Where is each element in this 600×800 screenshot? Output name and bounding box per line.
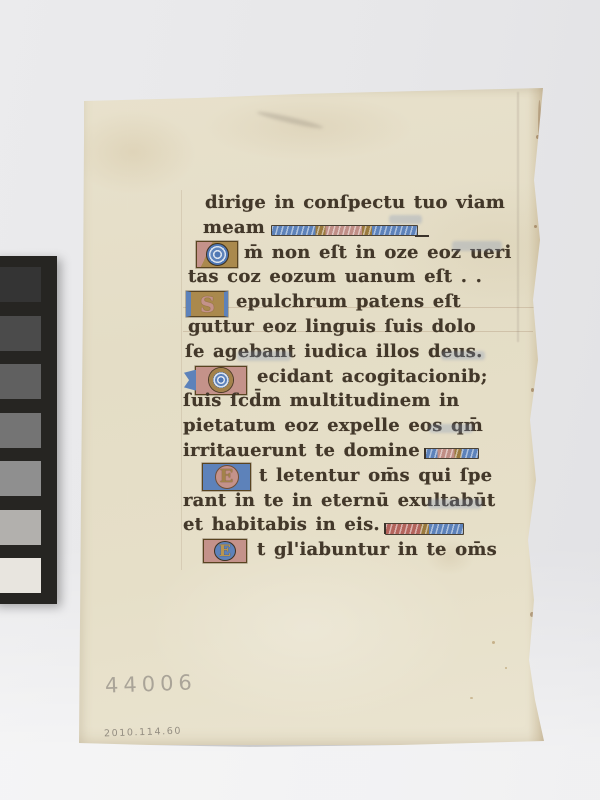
pigment-offset-smudge (428, 499, 482, 509)
crease-line (517, 92, 519, 342)
manuscript-text-line: pietatum eoz expelle eos qm̄ (183, 415, 528, 440)
gray-patch (0, 364, 41, 399)
edge-stain (540, 170, 543, 175)
edge-stain (537, 292, 541, 298)
edge-stain (530, 612, 534, 617)
gray-patch (0, 461, 41, 496)
manuscript-text-line: ſuis ſcd̄m multitudinem in (183, 390, 528, 415)
accession-number-pencil: 44006 (105, 670, 198, 697)
edge-stain (531, 388, 534, 392)
initial-letter: S (200, 294, 215, 315)
manuscript-text-line: meam (183, 217, 528, 242)
manuscript-text-line: et habitabis in eis. (183, 514, 528, 539)
line-text: et habitabis in eis. (183, 514, 380, 535)
edge-stain (534, 225, 537, 228)
manuscript-text-line: irritauerunt te domine (183, 440, 528, 465)
line-text: t gl'iabuntur in te om̄s (257, 539, 497, 560)
pigment-offset-smudge (452, 241, 502, 251)
line-text: epulchrum patens eſt (236, 291, 461, 312)
line-text: ſuis ſcd̄m multitudinem in (183, 390, 459, 411)
initial-letter: E (220, 468, 234, 486)
foxing-spot (505, 667, 507, 669)
gray-patch (0, 558, 41, 593)
initial-counter-disc (209, 368, 233, 392)
gray-patch (0, 316, 41, 351)
initial-counter-disc: E (214, 541, 236, 561)
initial-letter: E (219, 543, 231, 559)
foxing-spot (470, 697, 473, 699)
line-text: t letentur om̄s qui ſpe (259, 465, 492, 486)
edge-stain (536, 135, 540, 139)
line-text: dirige in conſpectu tuo viam (205, 192, 505, 213)
manuscript-text-line: ecidant acogitacionib; (183, 366, 528, 391)
pigment-offset-smudge (237, 351, 291, 361)
photograph-of-manuscript-leaf: dirige in conſpectu tuo viam meam m̄ non… (0, 0, 600, 800)
edge-stain (534, 664, 537, 668)
foxing-spot (492, 641, 495, 644)
initial-counter-disc: E (215, 465, 239, 489)
line-filler-ornament (271, 225, 418, 236)
manuscript-text-line: S epulchrum patens eſt (183, 291, 528, 316)
pigment-offset-smudge (389, 215, 422, 224)
initial-counter-disc (206, 243, 229, 266)
gray-patch (0, 413, 41, 448)
pen-flourish (184, 370, 196, 391)
line-filler-ornament (425, 448, 479, 459)
line-text: tas coz eozum uanum eſt . . (188, 266, 482, 287)
manuscript-text-line: guttur eoz linguis ſuis dolo (183, 316, 528, 341)
ruling-line (181, 190, 182, 570)
manuscript-leaf: dirige in conſpectu tuo viam meam m̄ non… (78, 87, 546, 745)
edge-stain (539, 700, 543, 708)
grayscale-calibration-bar (0, 256, 57, 604)
line-text: ecidant acogitacionib; (257, 366, 488, 387)
line-filler-ornament (385, 523, 464, 535)
manuscript-text-line: E t gl'iabuntur in te om̄s (183, 539, 528, 564)
pigment-offset-smudge (429, 424, 473, 433)
line-text: guttur eoz linguis ſuis dolo (188, 316, 476, 337)
line-text: meam (203, 217, 265, 238)
line-text: irritauerunt te domine (183, 440, 420, 461)
manuscript-text-line: tas coz eozum uanum eſt . . (183, 266, 528, 291)
pigment-offset-smudge (441, 351, 485, 360)
scratch-mark (256, 109, 324, 130)
illuminated-initial-s: S (186, 291, 228, 317)
illuminated-initial-e: E (202, 463, 251, 491)
edge-stain (538, 100, 541, 144)
gray-patch (0, 510, 41, 545)
manuscript-text-line: dirige in conſpectu tuo viam (183, 192, 528, 217)
line-text: ſe agebant iudica illos deus. (185, 341, 483, 362)
illuminated-initial-q (196, 241, 238, 268)
accession-number-pencil: 2010.114.60 (104, 726, 182, 740)
edge-stain (535, 432, 538, 435)
gray-patch (0, 267, 41, 302)
manuscript-text-line: E t letentur om̄s qui ſpe (183, 465, 528, 490)
illuminated-initial-e: E (203, 539, 247, 563)
